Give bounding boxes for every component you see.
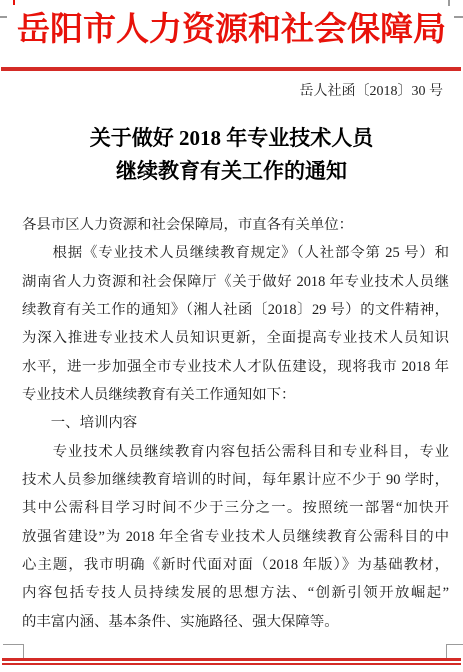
top-left-red-tick-mark bbox=[13, 0, 15, 5]
official-document-page: 岳阳市人力资源和社会保障局 岳人社函〔2018〕30 号 关于做好 2018 年… bbox=[0, 0, 463, 672]
salutation-line: 各县市区人力资源和社会保障局，市直各有关单位： bbox=[22, 211, 449, 239]
body-line: 水平，进一步加强全市专业技术人才队伍建设，现将我市 2018 年 bbox=[22, 353, 449, 381]
body-line: 内容包括专技人员持续发展的思想方法、“创新引领开放崛起” bbox=[22, 579, 449, 607]
document-number: 岳人社函〔2018〕30 号 bbox=[300, 82, 444, 102]
body-line: 专业技术人员继续教育内容包括公需科目和专业科目，专业 bbox=[22, 438, 449, 466]
notice-title: 关于做好 2018 年专业技术人员 继续教育有关工作的通知 bbox=[0, 122, 463, 188]
notice-title-line2: 继续教育有关工作的通知 bbox=[0, 155, 463, 188]
footer-double-rule bbox=[2, 658, 461, 665]
top-right-margin-tick bbox=[448, 0, 450, 6]
body-line: 其中公需科目学习时间不少于三分之一。按照统一部署“加快开 bbox=[22, 494, 449, 522]
body-line: 技术人员参加继续教育培训的时间，每年累计应不少于 90 学时， bbox=[22, 466, 449, 494]
letterhead-divider-line bbox=[1, 67, 461, 71]
body-line: 根据《专业技术人员继续教育规定》（人社部令第 25 号）和 bbox=[22, 239, 449, 267]
body-line: 专业技术人员继续教育有关工作通知如下： bbox=[22, 381, 449, 409]
issuing-agency-title: 岳阳市人力资源和社会保障局 bbox=[0, 8, 463, 52]
body-line: 心主题，我市明确《新时代面对面（2018 年版）》为基础教材， bbox=[22, 551, 449, 579]
body-line: 续教育有关工作的通知》（湘人社函〔2018〕29 号）的文件精神， bbox=[22, 296, 449, 324]
notice-title-line1: 关于做好 2018 年专业技术人员 bbox=[0, 122, 463, 155]
body-line: 湖南省人力资源和社会保障厅《关于做好 2018 年专业技术人员继 bbox=[22, 268, 449, 296]
body-line: 放强省建设”为 2018 年全省专业技术人员继续教育公需科目的中 bbox=[22, 523, 449, 551]
section-heading: 一、培训内容 bbox=[22, 409, 449, 437]
document-body: 各县市区人力资源和社会保障局，市直各有关单位： 根据《专业技术人员继续教育规定》… bbox=[22, 211, 449, 636]
body-line: 的丰富内涵、基本条件、实施路径、强大保障等。 bbox=[22, 608, 449, 636]
body-line: 为深入推进专业技术人员知识更新，全面提高专业技术人员知识 bbox=[22, 324, 449, 352]
